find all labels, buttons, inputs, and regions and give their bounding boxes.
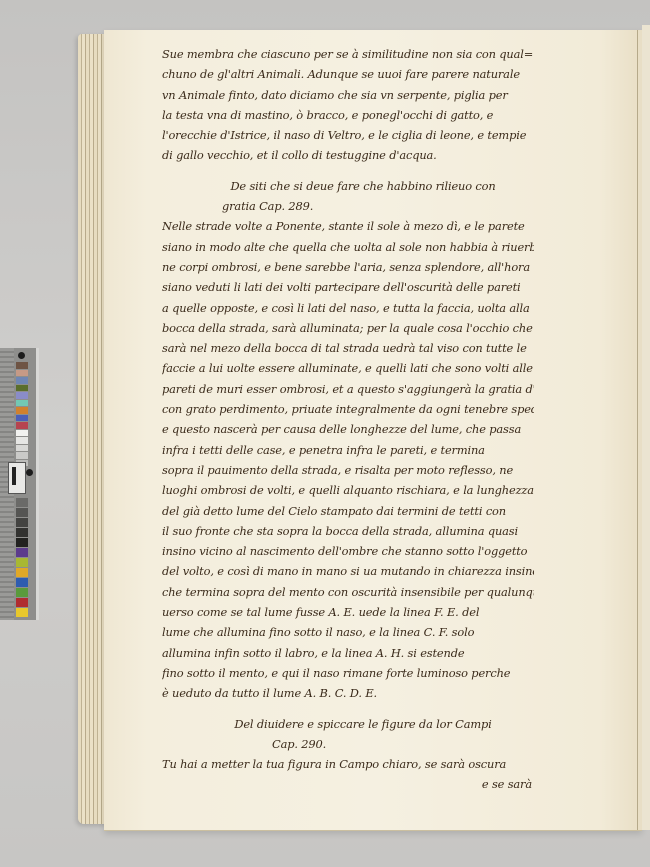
paragraph-1: Sue membra che ciascuno per se à similit…	[162, 44, 534, 166]
manuscript-line: bocca della strada, sarà alluminata; per…	[162, 318, 534, 338]
manuscript-line: vn Animale finto, dato diciamo che sia v…	[162, 85, 534, 105]
manuscript-line: ne corpi ombrosi, e bene sarebbe l'aria,…	[162, 257, 534, 277]
manuscript-text: Sue membra che ciascuno per se à similit…	[162, 44, 534, 795]
manuscript-line: Sue membra che ciascuno per se à similit…	[162, 44, 534, 64]
manuscript-line: è ueduto da tutto il lume A. B. C. D. E.	[162, 683, 534, 703]
color-swatch	[16, 498, 28, 507]
manuscript-line: a quelle opposte, e così li lati del nas…	[162, 298, 534, 318]
manuscript-line: siano veduti li lati dei volti partecipa…	[162, 277, 534, 297]
color-swatch	[16, 538, 28, 547]
color-swatch	[16, 452, 28, 459]
facing-page-edge	[642, 25, 650, 830]
color-swatch	[16, 445, 28, 452]
color-swatch	[16, 370, 28, 377]
manuscript-line: il suo fronte che sta sopra la bocca del…	[162, 521, 534, 541]
color-swatch	[16, 400, 28, 407]
color-swatch	[16, 558, 28, 567]
manuscript-line: fino sotto il mento, e qui il naso riman…	[162, 663, 534, 683]
paragraph-3-line-1: Tu hai a metter la tua figura in Campo c…	[162, 754, 534, 774]
manuscript-line: siano in modo alte che quella che uolta …	[162, 237, 534, 257]
color-swatch	[16, 430, 28, 437]
manuscript-line: del volto, e così di mano in mano si ua …	[162, 561, 534, 581]
color-swatch	[16, 422, 28, 429]
color-swatch	[16, 377, 28, 384]
calibration-target-edge	[36, 348, 39, 620]
color-swatch	[16, 598, 28, 607]
manuscript-line: uerso come se tal lume fusse A. E. uede …	[162, 602, 534, 622]
registration-dot-middle	[26, 469, 33, 476]
color-swatch	[16, 385, 28, 392]
chapter-heading-289: De siti che si deue fare che habbino ril…	[162, 176, 534, 196]
color-swatch	[16, 518, 28, 527]
manuscript-line: che termina sopra del mento con oscurità…	[162, 582, 534, 602]
manuscript-line: di gallo vecchio, et il collo di testugg…	[162, 145, 534, 165]
color-calibration-target	[0, 348, 38, 620]
chapter-number-289: gratia Cap. 289.	[162, 196, 534, 216]
manuscript-line: lume che allumina fino sotto il naso, e …	[162, 622, 534, 642]
manuscript-line: luoghi ombrosi de volti, e quelli alquan…	[162, 480, 534, 500]
manuscript-line: l'orecchie d'Istrice, il naso di Veltro,…	[162, 125, 534, 145]
manuscript-line: con grato perdimento, priuate integralme…	[162, 399, 534, 419]
color-swatch	[16, 508, 28, 517]
chapter-number-290: Cap. 290.	[162, 734, 534, 754]
color-swatch	[16, 407, 28, 414]
manuscript-line: del già detto lume del Cielo stampato da…	[162, 501, 534, 521]
manuscript-photograph: Sue membra che ciascuno per se à similit…	[0, 0, 650, 867]
manuscript-line: chuno de gl'altri Animali. Adunque se uu…	[162, 64, 534, 84]
color-swatch	[16, 528, 28, 537]
manuscript-line: e questo nascerà per causa delle longhez…	[162, 419, 534, 439]
target-barcode-label	[8, 462, 26, 494]
color-swatch	[16, 588, 28, 597]
color-swatch	[16, 548, 28, 557]
manuscript-line: Nelle strade volte a Ponente, stante il …	[162, 216, 534, 236]
color-swatch	[16, 392, 28, 399]
color-swatch	[16, 362, 28, 369]
manuscript-line: pareti de muri esser ombrosi, et a quest…	[162, 379, 534, 399]
manuscript-line: faccie a lui uolte essere alluminate, e …	[162, 358, 534, 378]
manuscript-line: la testa vna di mastino, ò bracco, e pon…	[162, 105, 534, 125]
manuscript-line: infra i tetti delle case, e penetra infr…	[162, 440, 534, 460]
color-swatch	[16, 568, 28, 577]
color-swatch	[16, 608, 28, 617]
color-swatch	[16, 437, 28, 444]
manuscript-line: sarà nel mezo della bocca di tal strada …	[162, 338, 534, 358]
manuscript-line: insino vicino al nascimento dell'ombre c…	[162, 541, 534, 561]
chapter-heading-290: Del diuidere e spiccare le figure da lor…	[162, 714, 534, 734]
color-swatch	[16, 578, 28, 587]
paragraph-2: Nelle strade volte a Ponente, stante il …	[162, 216, 534, 703]
registration-dot-top	[18, 352, 25, 359]
manuscript-line: sopra il pauimento della strada, e risal…	[162, 460, 534, 480]
paragraph-3-catchword: e se sarà	[162, 774, 534, 794]
color-swatch	[16, 415, 28, 422]
manuscript-line: allumina infin sotto il labro, e la line…	[162, 643, 534, 663]
